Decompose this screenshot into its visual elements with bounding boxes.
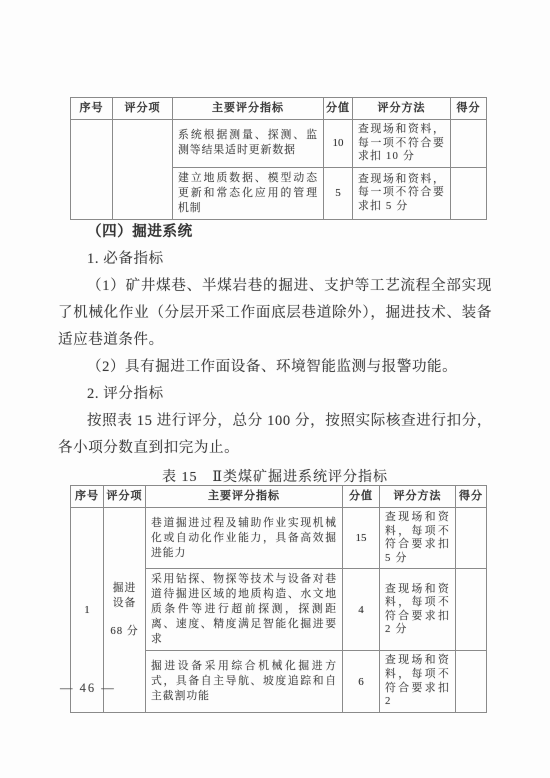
- table-row: 1 掘进设备 68 分 巷道掘进过程及辅助作业实现机械化或自动化作业能力，具备高…: [71, 508, 487, 569]
- serial-cell-empty: [71, 120, 113, 220]
- column-header-indicator: 主要评分指标: [146, 486, 343, 508]
- indicator-cell: 系统根据测量、探测、监测等结果适时更新数据: [173, 120, 324, 168]
- column-header-indicator: 主要评分指标: [173, 98, 324, 120]
- score-cell: 4: [343, 569, 380, 651]
- column-header-item: 评分项: [113, 98, 173, 120]
- score-cell: 15: [343, 508, 380, 569]
- indicator-cell: 掘进设备采用综合机械化掘进方式，具备自主导航、坡度追踪和自主截割功能: [146, 651, 343, 712]
- score-table-15: 序号 评分项 主要评分指标 分值 评分方法 得分 1 掘进设备 68 分 巷道掘…: [70, 485, 487, 713]
- result-cell-empty: [451, 120, 487, 168]
- table-header-row: 序号 评分项 主要评分指标 分值 评分方法 得分: [71, 486, 487, 508]
- subsection-title-1: 1. 必备指标: [58, 246, 492, 273]
- paragraph-1: （1）矿井煤巷、半煤岩巷的掘进、支护等工艺流程全部实现了机械化作业（分层开采工作…: [58, 273, 492, 354]
- column-header-serial: 序号: [71, 486, 104, 508]
- item-name: 掘进设备: [113, 582, 137, 609]
- section-text: （四）掘进系统 1. 必备指标 （1）矿井煤巷、半煤岩巷的掘进、支护等工艺流程全…: [58, 219, 492, 491]
- indicator-cell: 建立地质数据、模型动态更新和常态化应用的管理机制: [173, 167, 324, 219]
- result-cell-empty: [456, 651, 487, 712]
- column-header-item: 评分项: [104, 486, 146, 508]
- item-total-score: 68 分: [110, 625, 138, 637]
- item-cell-empty: [113, 120, 173, 220]
- subsection-title-2: 2. 评分指标: [58, 381, 492, 408]
- result-cell-empty: [451, 167, 487, 219]
- column-header-serial: 序号: [71, 98, 113, 120]
- method-cell: 查现场和资料，每项不符合要求扣 5 分: [380, 508, 456, 569]
- column-header-method: 评分方法: [353, 98, 451, 120]
- column-header-method: 评分方法: [380, 486, 456, 508]
- item-gap: [109, 611, 140, 624]
- section-heading: （四）掘进系统: [58, 219, 492, 246]
- paragraph-3: 按照表 15 进行评分，总分 100 分，按照实际核查进行扣分，各小项分数直到扣…: [58, 408, 492, 462]
- score-cell: 10: [324, 120, 353, 168]
- score-cell: 6: [343, 651, 380, 712]
- column-header-result: 得分: [456, 486, 487, 508]
- table-row: 系统根据测量、探测、监测等结果适时更新数据 10 查现场和资料，每一项不符合要求…: [71, 120, 487, 168]
- result-cell-empty: [456, 508, 487, 569]
- page-number: — 46 —: [60, 681, 116, 696]
- column-header-score: 分值: [343, 486, 380, 508]
- indicator-cell: 采用钻探、物探等技术与设备对巷道待掘进区域的地质构造、水文地质条件等进行超前探测…: [146, 569, 343, 651]
- score-table-continued: 序号 评分项 主要评分指标 分值 评分方法 得分 系统根据测量、探测、监测等结果…: [70, 97, 487, 220]
- table-header-row: 序号 评分项 主要评分指标 分值 评分方法 得分: [71, 98, 487, 120]
- document-page: 序号 评分项 主要评分指标 分值 评分方法 得分 系统根据测量、探测、监测等结果…: [0, 0, 550, 778]
- column-header-result: 得分: [451, 98, 487, 120]
- method-cell: 查现场和资料，每项不符合要求扣 2 分: [380, 569, 456, 651]
- method-cell: 查现场和资料，每一项不符合要求扣 10 分: [353, 120, 451, 168]
- score-cell: 5: [324, 167, 353, 219]
- column-header-score: 分值: [324, 98, 353, 120]
- method-cell: 查现场和资料，每项不符合要求扣 2: [380, 651, 456, 712]
- result-cell-empty: [456, 569, 487, 651]
- method-cell: 查现场和资料，每一项不符合要求扣 5 分: [353, 167, 451, 219]
- indicator-cell: 巷道掘进过程及辅助作业实现机械化或自动化作业能力，具备高效掘进能力: [146, 508, 343, 569]
- paragraph-2: （2）具有掘进工作面设备、环境智能监测与报警功能。: [58, 354, 492, 381]
